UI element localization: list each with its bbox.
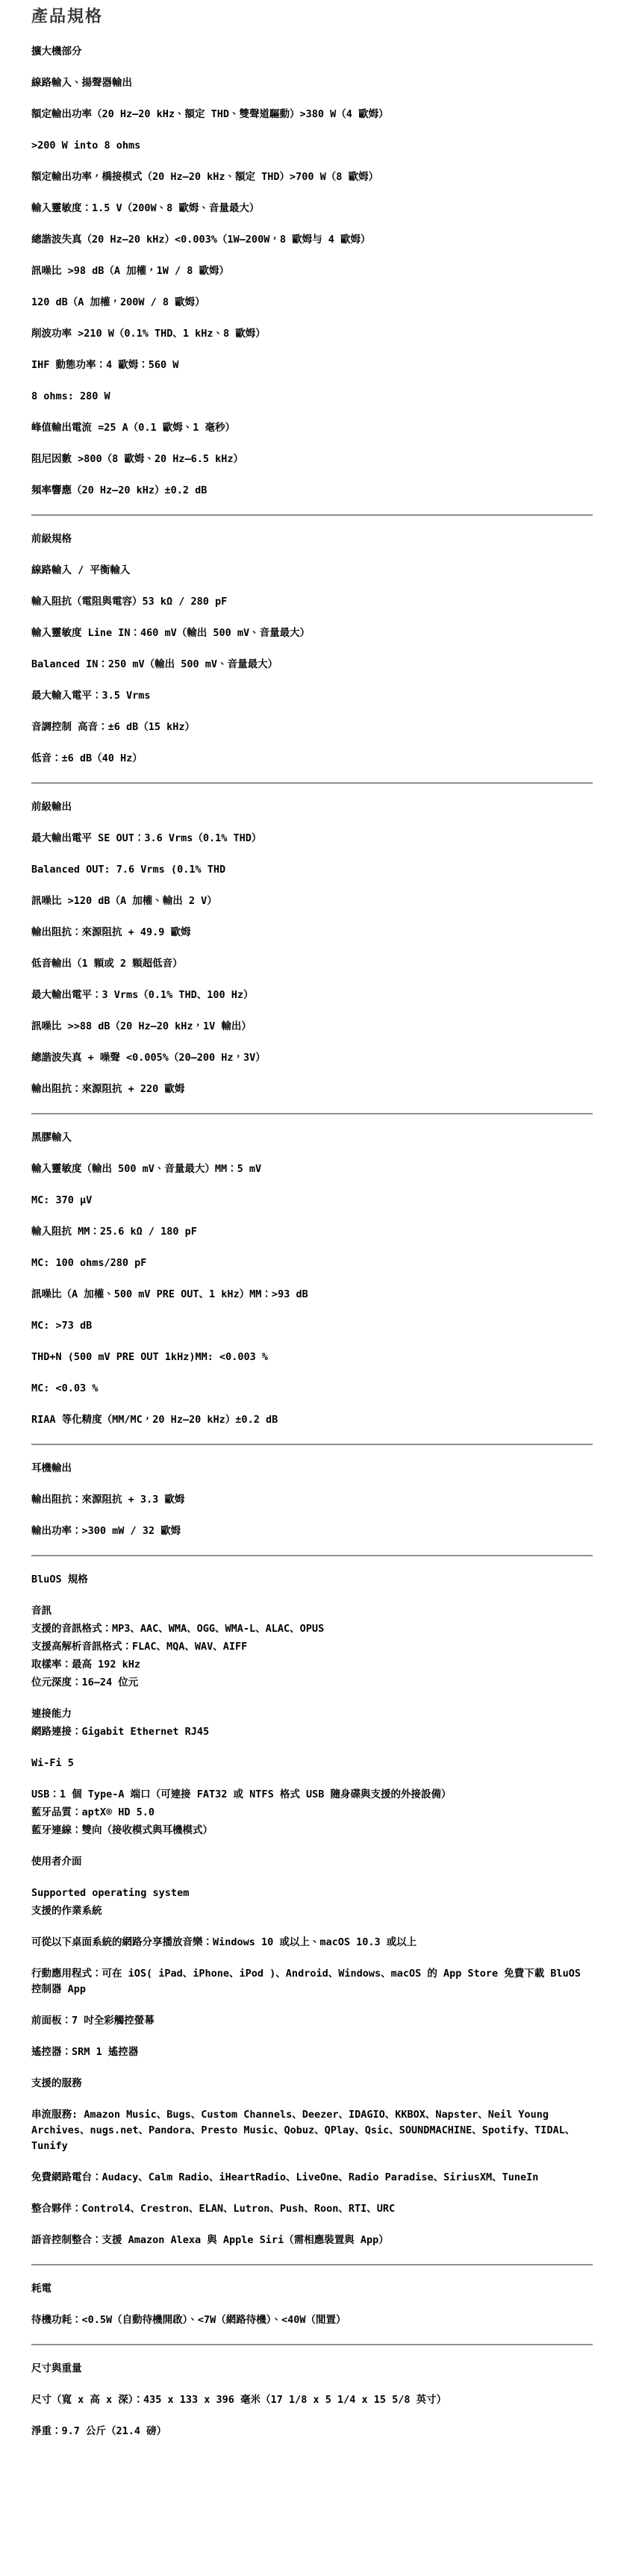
spec-line: 支援的作業系統	[31, 1903, 593, 1919]
spec-line: 支援的音訊格式：MP3、AAC、WMA、OGG、WMA-L、ALAC、OPUS	[31, 1621, 593, 1637]
spec-line: 低音：±6 dB（40 Hz）	[31, 751, 593, 767]
spec-line: 8 ohms: 280 W	[31, 389, 593, 405]
section-divider	[31, 1555, 593, 1556]
spec-line: 額定輸出功率（20 Hz–20 kHz、額定 THD、雙聲道驅動）>380 W（…	[31, 107, 593, 122]
spec-line: 支援高解析音訊格式：FLAC、MQA、WAV、AIFF	[31, 1639, 593, 1655]
spec-line: 訊噪比 >98 dB（A 加權，1W / 8 歐姆）	[31, 263, 593, 279]
section-header: 耳機輸出	[31, 1461, 593, 1476]
spec-line: 輸出阻抗：來源阻抗 + 220 歐姆	[31, 1082, 593, 1097]
spec-line: Balanced IN：250 mV（輸出 500 mV、音量最大）	[31, 657, 593, 673]
spec-line: 120 dB（A 加權，200W / 8 歐姆）	[31, 295, 593, 311]
subsection-header: 連接能力	[31, 1706, 593, 1722]
spec-line: 最大輸入電平：3.5 Vrms	[31, 688, 593, 704]
spec-line: 串流服務: Amazon Music、Bugs、Custom Channels、…	[31, 2107, 593, 2154]
spec-line: IHF 動態功率：4 歐姆：560 W	[31, 358, 593, 373]
subsection-header: 線路輸入、揚聲器輸出	[31, 75, 593, 91]
spec-line: Supported operating system	[31, 1886, 593, 1901]
spec-line: 位元深度：16–24 位元	[31, 1675, 593, 1691]
spec-line: 輸入靈敏度：1.5 V（200W、8 歐姆、音量最大）	[31, 201, 593, 216]
section-divider	[31, 1444, 593, 1445]
spec-line: THD+N (500 mV PRE OUT 1kHz)MM: <0.003 %	[31, 1350, 593, 1365]
spec-line: 網路連接：Gigabit Ethernet RJ45	[31, 1724, 593, 1740]
spec-line: USB：1 個 Type-A 端口（可連接 FAT32 或 NTFS 格式 US…	[31, 1787, 593, 1803]
spec-line: Wi-Fi 5	[31, 1756, 593, 1771]
spec-line: 輸入阻抗（電阻與電容）53 kΩ / 280 pF	[31, 594, 593, 610]
spec-line: 取樣率：最高 192 kHz	[31, 1657, 593, 1673]
spec-line: Balanced OUT: 7.6 Vrms (0.1% THD	[31, 862, 593, 878]
spec-line: 輸出阻抗：來源阻抗 + 49.9 歐姆	[31, 925, 593, 941]
spec-line: 前面板：7 吋全彩觸控螢幕	[31, 2013, 593, 2029]
section-divider	[31, 2344, 593, 2345]
spec-line: 可從以下桌面系統的網路分享播放音樂：Windows 10 或以上、macOS 1…	[31, 1935, 593, 1950]
subsection-header: 線路輸入 / 平衡輸入	[31, 563, 593, 578]
spec-line: 整合夥伴：Control4、Crestron、ELAN、Lutron、Push、…	[31, 2201, 593, 2217]
spec-line: MC: 370 μV	[31, 1193, 593, 1209]
spec-line: 最大輸出電平 SE OUT：3.6 Vrms（0.1% THD）	[31, 831, 593, 846]
spec-line: 頻率響應（20 Hz–20 kHz）±0.2 dB	[31, 483, 593, 499]
spec-line: 最大輸出電平：3 Vrms（0.1% THD、100 Hz）	[31, 988, 593, 1003]
spec-line: 淨重：9.7 公斤（21.4 磅）	[31, 2424, 593, 2439]
subsection-header: 音訊	[31, 1603, 593, 1619]
section-header: 前級輸出	[31, 799, 593, 815]
spec-line: 訊噪比 >>88 dB（20 Hz–20 kHz，1V 輸出）	[31, 1019, 593, 1035]
spec-line: 阻尼因數 >800（8 歐姆、20 Hz–6.5 kHz）	[31, 452, 593, 467]
spec-line: 總諧波失真（20 Hz–20 kHz）<0.003%（1W–200W，8 歐姆与…	[31, 232, 593, 248]
spec-line: 訊噪比 >120 dB（A 加權、輸出 2 V）	[31, 894, 593, 909]
spec-line: 遙控器：SRM 1 遙控器	[31, 2045, 593, 2060]
subsection-header: 使用者介面	[31, 1854, 593, 1870]
section-header: 黑膠輸入	[31, 1130, 593, 1146]
spec-line: 輸入靈敏度 Line IN：460 mV（輸出 500 mV、音量最大）	[31, 626, 593, 641]
spec-line: 免費網路電台：Audacy、Calm Radio、iHeartRadio、Liv…	[31, 2170, 593, 2186]
spec-line: MC: <0.03 %	[31, 1381, 593, 1397]
spec-line: RIAA 等化精度（MM/MC，20 Hz–20 kHz）±0.2 dB	[31, 1412, 593, 1428]
spec-line: 峰值輸出電流 =25 A（0.1 歐姆、1 毫秒）	[31, 420, 593, 436]
section-divider	[31, 514, 593, 516]
spec-line: 輸入靈敏度（輸出 500 mV、音量最大）MM：5 mV	[31, 1161, 593, 1177]
spec-line: 行動應用程式：可在 iOS( iPad、iPhone、iPod )、Androi…	[31, 1966, 593, 1998]
spec-line: MC: >73 dB	[31, 1318, 593, 1334]
spec-line: 削波功率 >210 W（0.1% THD、1 kHz、8 歐姆）	[31, 326, 593, 342]
page-title: 產品規格	[31, 6, 593, 28]
spec-line: >200 W into 8 ohms	[31, 138, 593, 154]
section-divider	[31, 782, 593, 784]
spec-line: 尺寸（寬 x 高 x 深）：435 x 133 x 396 毫米（17 1/8 …	[31, 2392, 593, 2408]
spec-line: 藍牙連線：雙向（接收模式與耳機模式）	[31, 1823, 593, 1839]
spec-line: 低音輸出（1 顆或 2 顆超低音）	[31, 956, 593, 972]
section-header: 耗電	[31, 2281, 593, 2297]
spec-line: 總諧波失真 + 噪聲 <0.005%（20–200 Hz，3V）	[31, 1050, 593, 1066]
spec-line: 額定輸出功率，橋接模式（20 Hz–20 kHz、額定 THD）>700 W（8…	[31, 169, 593, 185]
spec-line: 輸出阻抗：來源阻抗 + 3.3 歐姆	[31, 1492, 593, 1508]
spec-line: 待機功耗：<0.5W（自動待機開啟）、<7W（網路待機）、<40W（閒置）	[31, 2313, 593, 2328]
spec-line: 訊噪比（A 加權、500 mV PRE OUT、1 kHz）MM：>93 dB	[31, 1287, 593, 1303]
spec-content: 產品規格 擴大機部分線路輸入、揚聲器輸出額定輸出功率（20 Hz–20 kHz、…	[31, 6, 593, 2439]
spec-line: MC: 100 ohms/280 pF	[31, 1256, 593, 1271]
section-header: BluOS 規格	[31, 1572, 593, 1588]
spec-blocks: 擴大機部分線路輸入、揚聲器輸出額定輸出功率（20 Hz–20 kHz、額定 TH…	[31, 44, 593, 2439]
section-divider	[31, 1113, 593, 1114]
section-header: 尺寸與重量	[31, 2361, 593, 2377]
spec-line: 輸入阻抗 MM：25.6 kΩ / 180 pF	[31, 1224, 593, 1240]
spec-line: 語音控制整合：支援 Amazon Alexa 與 Apple Siri（需相應裝…	[31, 2233, 593, 2248]
spec-line: 音調控制 高音：±6 dB（15 kHz）	[31, 720, 593, 735]
section-divider	[31, 2264, 593, 2265]
subsection-header: 支援的服務	[31, 2076, 593, 2092]
spec-line: 輸出功率：>300 mW / 32 歐姆	[31, 1524, 593, 1539]
spec-document: 產品規格 擴大機部分線路輸入、揚聲器輸出額定輸出功率（20 Hz–20 kHz、…	[0, 0, 627, 2576]
section-header: 前級規格	[31, 531, 593, 547]
section-header: 擴大機部分	[31, 44, 593, 60]
spec-line: 藍牙品質：aptX® HD 5.0	[31, 1805, 593, 1821]
